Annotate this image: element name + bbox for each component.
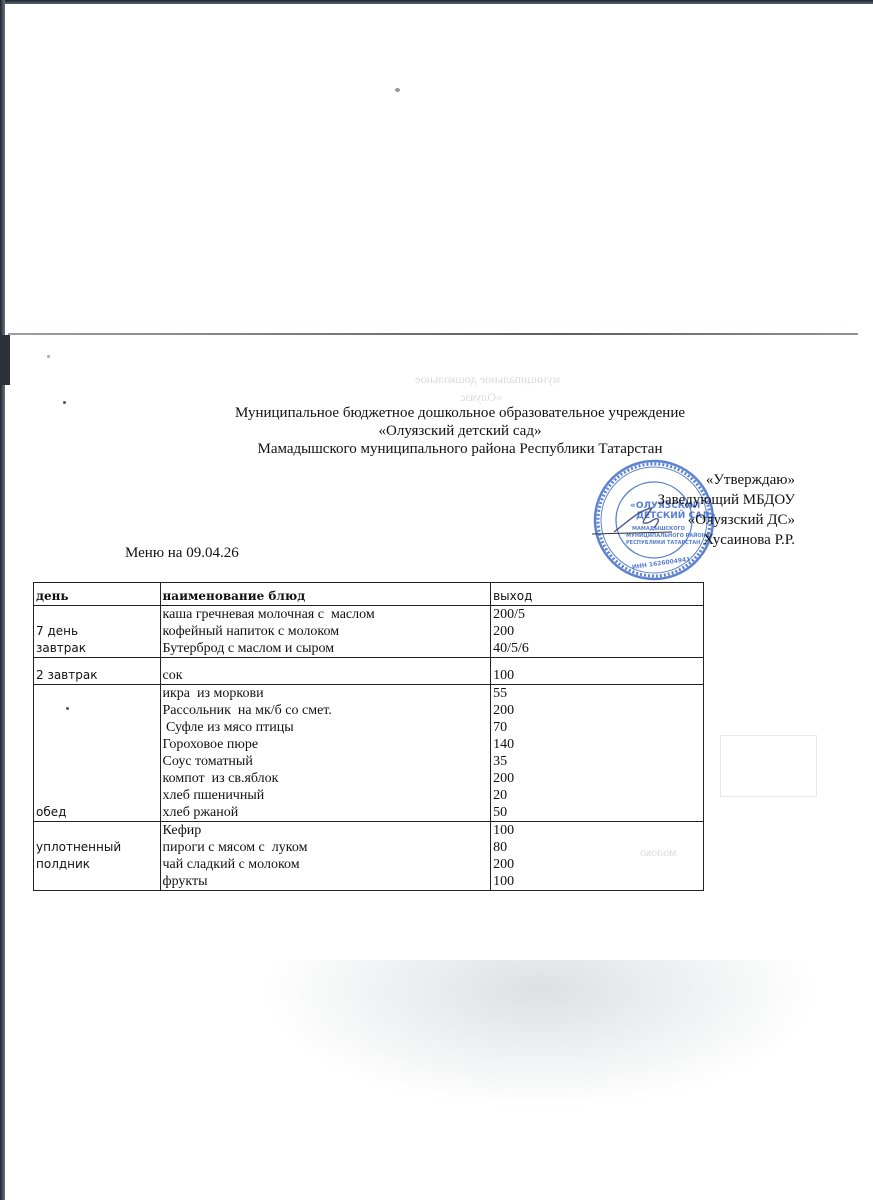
table-row-second-breakfast: 2 завтрак сок 100: [34, 658, 704, 685]
bleed-through-text: муниципальное дошкольное: [415, 372, 560, 387]
dish-name: икра из моркови: [163, 685, 491, 702]
approval-signature-name: Хусаинова Р.Р.: [600, 530, 795, 550]
table-row-lunch: обед икра из моркови Рассольник на мк/б …: [34, 685, 704, 822]
table-header-row: день наименование блюд выход: [34, 583, 704, 606]
bleed-through-text: «Олуязс: [460, 390, 502, 405]
approval-line-2: Заведующий МБДОУ: [600, 490, 795, 510]
output-list: 100 80 200 100: [491, 822, 704, 891]
scan-edge-top: [0, 0, 873, 4]
meal-label: обед: [34, 685, 161, 822]
dish-list: Кефир пироги с мясом с луком чай сладкий…: [160, 822, 491, 891]
dish-output: 100: [493, 667, 703, 684]
meal-label: 7 день завтрак: [34, 606, 161, 658]
dish-name: компот из св.яблок: [163, 770, 491, 787]
speck: [63, 401, 66, 404]
menu-table: день наименование блюд выход 7 день завт…: [33, 582, 704, 891]
dish-output: 200/5: [493, 606, 703, 623]
dish-name: чай сладкий с молоком: [163, 856, 491, 873]
dish-list: икра из моркови Рассольник на мк/б со см…: [160, 685, 491, 822]
dish-name: сок: [163, 667, 491, 684]
dish-list: сок: [160, 658, 491, 685]
speck: [395, 88, 400, 92]
page-edge-shade: [0, 335, 10, 385]
dish-name: фрукты: [163, 873, 491, 890]
meal-label-line: уплотненный: [36, 839, 160, 856]
dish-name: Кефир: [163, 822, 491, 839]
dish-output: 200: [493, 856, 703, 873]
header-output: выход: [491, 583, 704, 606]
institution-header: Муниципальное бюджетное дошкольное образ…: [170, 404, 750, 458]
header-day: день: [34, 583, 161, 606]
meal-label: 2 завтрак: [34, 658, 161, 685]
dish-list: каша гречневая молочная с маслом кофейны…: [160, 606, 491, 658]
dish-output: 80: [493, 839, 703, 856]
dish-output: 70: [493, 719, 703, 736]
output-list: 55 200 70 140 35 200 20 50: [491, 685, 704, 822]
meal-label-line: завтрак: [36, 640, 160, 657]
page-edge-line: [8, 333, 858, 335]
approval-line-3: «Олуязский ДС»: [600, 510, 795, 530]
output-list: 100: [491, 658, 704, 685]
menu-title: Меню на 09.04.26: [125, 545, 239, 562]
dish-name: кофейный напиток с молоком: [163, 623, 491, 640]
table-row-breakfast: 7 день завтрак каша гречневая молочная с…: [34, 606, 704, 658]
dish-name: Бутерброд с маслом и сыром: [163, 640, 491, 657]
scan-shadow: [260, 960, 820, 1110]
dish-name: Гороховое пюре: [163, 736, 491, 753]
dish-output: 40/5/6: [493, 640, 703, 657]
dish-name: Суфле из мясо птицы: [163, 719, 491, 736]
dish-name: Рассольник на мк/б со смет.: [163, 702, 491, 719]
dish-name: хлеб пшеничный: [163, 787, 491, 804]
dish-output: 200: [493, 770, 703, 787]
meal-label-line: 2 завтрак: [36, 667, 160, 684]
institution-line-3: Мамадышского муниципального района Респу…: [170, 440, 750, 458]
dish-output: 50: [493, 804, 703, 821]
header-dish: наименование блюд: [160, 583, 491, 606]
dish-output: 200: [493, 623, 703, 640]
dish-output: 55: [493, 685, 703, 702]
meal-label-line: 7 день: [36, 623, 160, 640]
dish-name: каша гречневая молочная с маслом: [163, 606, 491, 623]
dish-name: пироги с мясом с луком: [163, 839, 491, 856]
approval-block: «Утверждаю» Заведующий МБДОУ «Олуязский …: [600, 470, 795, 550]
dish-output: 140: [493, 736, 703, 753]
bleed-through-box: [720, 735, 817, 797]
dish-output: 100: [493, 873, 703, 890]
approval-line-1: «Утверждаю»: [600, 470, 795, 490]
meal-label-line: обед: [36, 804, 160, 821]
meal-label: уплотненный полдник: [34, 822, 161, 891]
output-list: 200/5 200 40/5/6: [491, 606, 704, 658]
table-row-afternoon-snack: уплотненный полдник Кефир пироги с мясом…: [34, 822, 704, 891]
institution-line-2: «Олуязский детский сад»: [170, 422, 750, 440]
svg-text:ИНН 1626004941: ИНН 1626004941: [632, 556, 691, 571]
speck: [47, 355, 50, 358]
dish-name: хлеб ржаной: [163, 804, 491, 821]
dish-output: 20: [493, 787, 703, 804]
dish-output: 35: [493, 753, 703, 770]
dish-name: Соус томатный: [163, 753, 491, 770]
institution-line-1: Муниципальное бюджетное дошкольное образ…: [170, 404, 750, 422]
scan-edge-left: [0, 0, 5, 1200]
dish-output: 200: [493, 702, 703, 719]
meal-label-line: полдник: [36, 856, 160, 873]
dish-output: 100: [493, 822, 703, 839]
